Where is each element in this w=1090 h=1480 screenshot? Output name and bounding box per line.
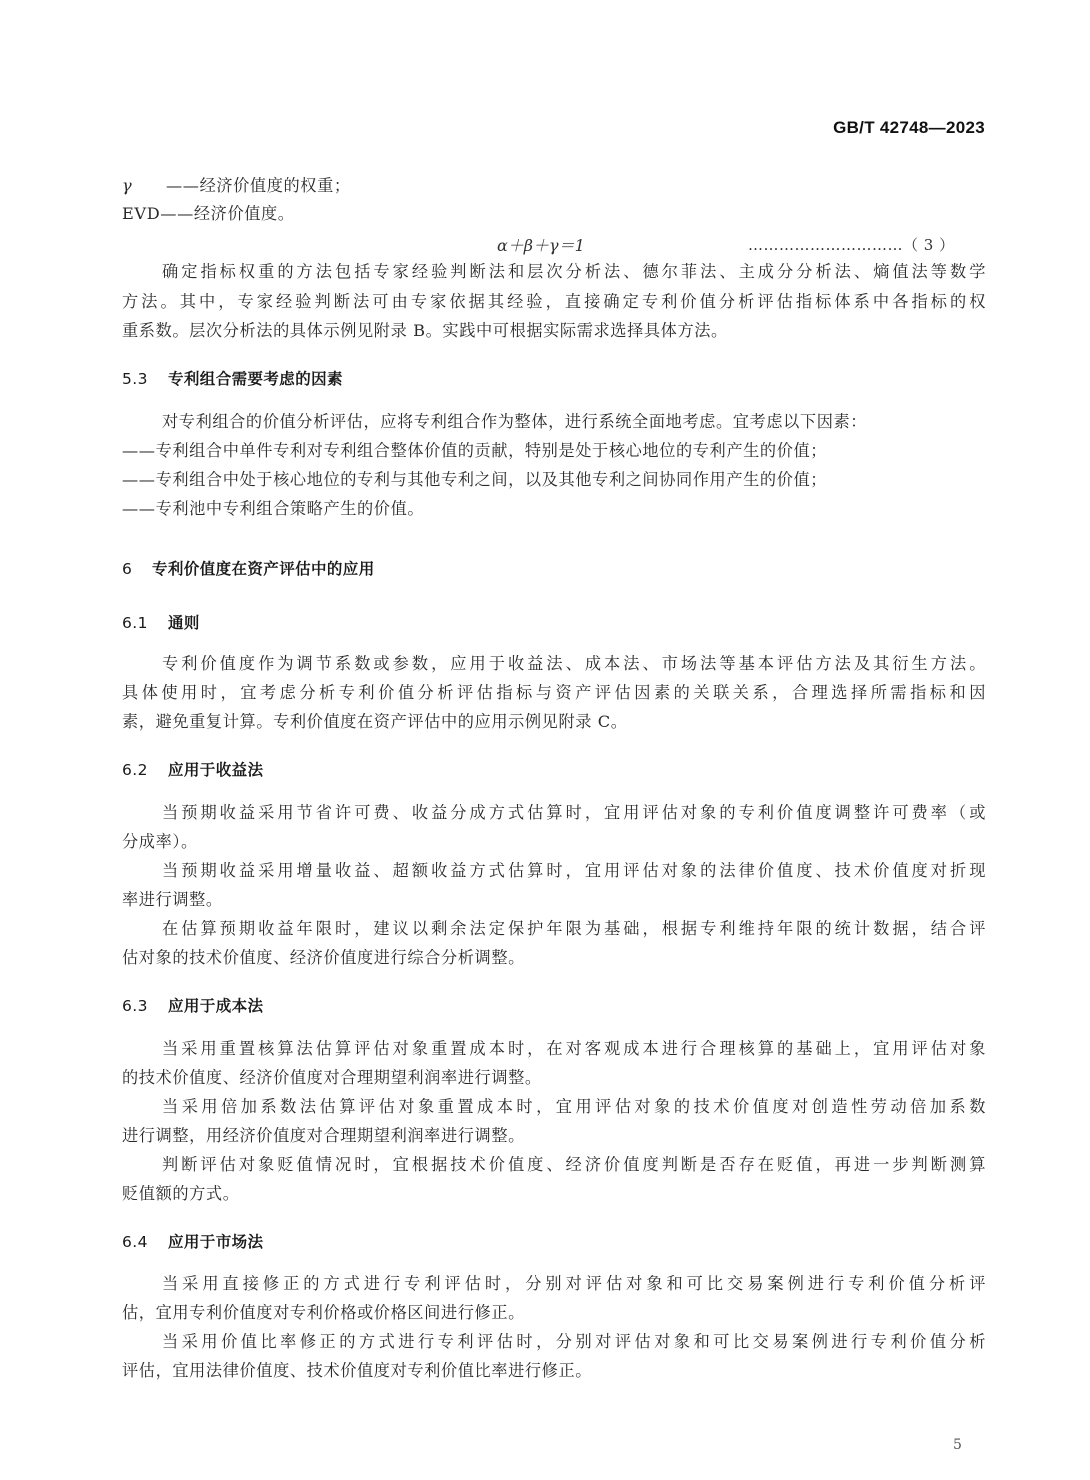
text-line: 判断评估对象贬值情况时，宜根据技术价值度、经济价值度判断是否存在贬值，再进一步判… <box>162 1155 986 1175</box>
section-title: 应用于成本法 <box>168 997 263 1015</box>
text-line: 估，宜用专利价值度对专利价格或价格区间进行修正。 <box>122 1303 525 1323</box>
section-heading-6-2: 6.2应用于收益法 <box>122 758 263 780</box>
list-item: ——专利组合中处于核心地位的专利与其他专利之间，以及其他专利之间协同作用产生的价… <box>122 470 827 490</box>
text-line: 专利价值度作为调节系数或参数，应用于收益法、成本法、市场法等基本评估方法及其衍生… <box>162 654 986 674</box>
list-item: ——专利组合中单件专利对专利组合整体价值的贡献，特别是处于核心地位的专利产生的价… <box>122 441 827 461</box>
section-title: 应用于市场法 <box>168 1233 263 1251</box>
text-line: 素，避免重复计算。专利价值度在资产评估中的应用示例见附录 C。 <box>122 712 628 732</box>
definition-gamma: γ——经济价值度的权重； <box>122 176 351 196</box>
section-title: 专利组合需要考虑的因素 <box>168 370 343 388</box>
symbol: EVD <box>122 204 160 223</box>
text-line: 确定指标权重的方法包括专家经验判断法和层次分析法、德尔菲法、主成分分析法、熵值法… <box>162 262 986 282</box>
list-item: ——专利池中专利组合策略产生的价值。 <box>122 499 424 519</box>
formula-expression: α＋β＋γ＝1 <box>497 233 585 256</box>
text-line: 进行调整，用经济价值度对合理期望利润率进行调整。 <box>122 1126 525 1146</box>
text-line: 当采用重置核算法估算评估对象重置成本时，在对客观成本进行合理核算的基础上，宜用评… <box>162 1039 986 1059</box>
section-heading-5-3: 5.3专利组合需要考虑的因素 <box>122 367 343 389</box>
definition-text: ——经济价值度的权重； <box>166 176 351 195</box>
page-number: 5 <box>953 1437 962 1453</box>
text-line: 估对象的技术价值度、经济价值度进行综合分析调整。 <box>122 948 525 968</box>
text-line: 分成率）。 <box>122 832 198 852</box>
text-line: 重系数。层次分析法的具体示例见附录 B。实践中可根据实际需求选择具体方法。 <box>122 321 728 341</box>
text-line: 当采用倍加系数法估算评估对象重置成本时，宜用评估对象的技术价值度对创造性劳动倍加… <box>162 1097 986 1117</box>
text-line: 对专利组合的价值分析评估，应将专利组合作为整体，进行系统全面地考虑。宜考虑以下因… <box>162 412 867 432</box>
definition-evd: EVD——经济价值度。 <box>122 204 295 224</box>
section-number: 6.2 <box>122 761 168 779</box>
text-line: 率进行调整。 <box>122 890 223 910</box>
section-heading-6-4: 6.4应用于市场法 <box>122 1230 263 1252</box>
chapter-number: 6 <box>122 560 152 578</box>
chapter-title: 专利价值度在资产评估中的应用 <box>152 560 375 578</box>
text-line: 在估算预期收益年限时，建议以剩余法定保护年限为基础，根据专利维持年限的统计数据，… <box>162 919 986 939</box>
section-number: 6.3 <box>122 997 168 1015</box>
section-number: 6.1 <box>122 614 168 632</box>
text-line: 当采用直接修正的方式进行专利评估时，分别对评估对象和可比交易案例进行专利价值分析… <box>162 1274 986 1294</box>
equation-number: …………………………（ 3 ） <box>748 234 955 255</box>
standard-code: GB/T 42748—2023 <box>833 118 985 138</box>
text-line: 具体使用时，宜考虑分析专利价值分析评估指标与资产评估因素的关联关系，合理选择所需… <box>122 683 986 703</box>
section-title: 通则 <box>168 614 200 632</box>
text-line: 当预期收益采用增量收益、超额收益方式估算时，宜用评估对象的法律价值度、技术价值度… <box>162 861 986 881</box>
section-number: 5.3 <box>122 370 168 388</box>
chapter-heading-6: 6专利价值度在资产评估中的应用 <box>122 557 375 579</box>
section-heading-6-3: 6.3应用于成本法 <box>122 994 263 1016</box>
text-line: 当预期收益采用节省许可费、收益分成方式估算时，宜用评估对象的专利价值度调整许可费… <box>162 803 986 823</box>
text-line: 贬值额的方式。 <box>122 1184 240 1204</box>
definition-text: ——经济价值度。 <box>160 204 294 223</box>
section-number: 6.4 <box>122 1233 168 1251</box>
text-line: 当采用价值比率修正的方式进行专利评估时，分别对评估对象和可比交易案例进行专利价值… <box>162 1332 986 1352</box>
section-heading-6-1: 6.1通则 <box>122 611 200 633</box>
text-line: 的技术价值度、经济价值度对合理期望利润率进行调整。 <box>122 1068 542 1088</box>
text-line: 方法。其中，专家经验判断法可由专家依据其经验，直接确定专利价值分析评估指标体系中… <box>122 292 986 312</box>
text-line: 评估，宜用法律价值度、技术价值度对专利价值比率进行修正。 <box>122 1361 592 1381</box>
section-title: 应用于收益法 <box>168 761 263 779</box>
symbol: γ <box>122 176 166 196</box>
